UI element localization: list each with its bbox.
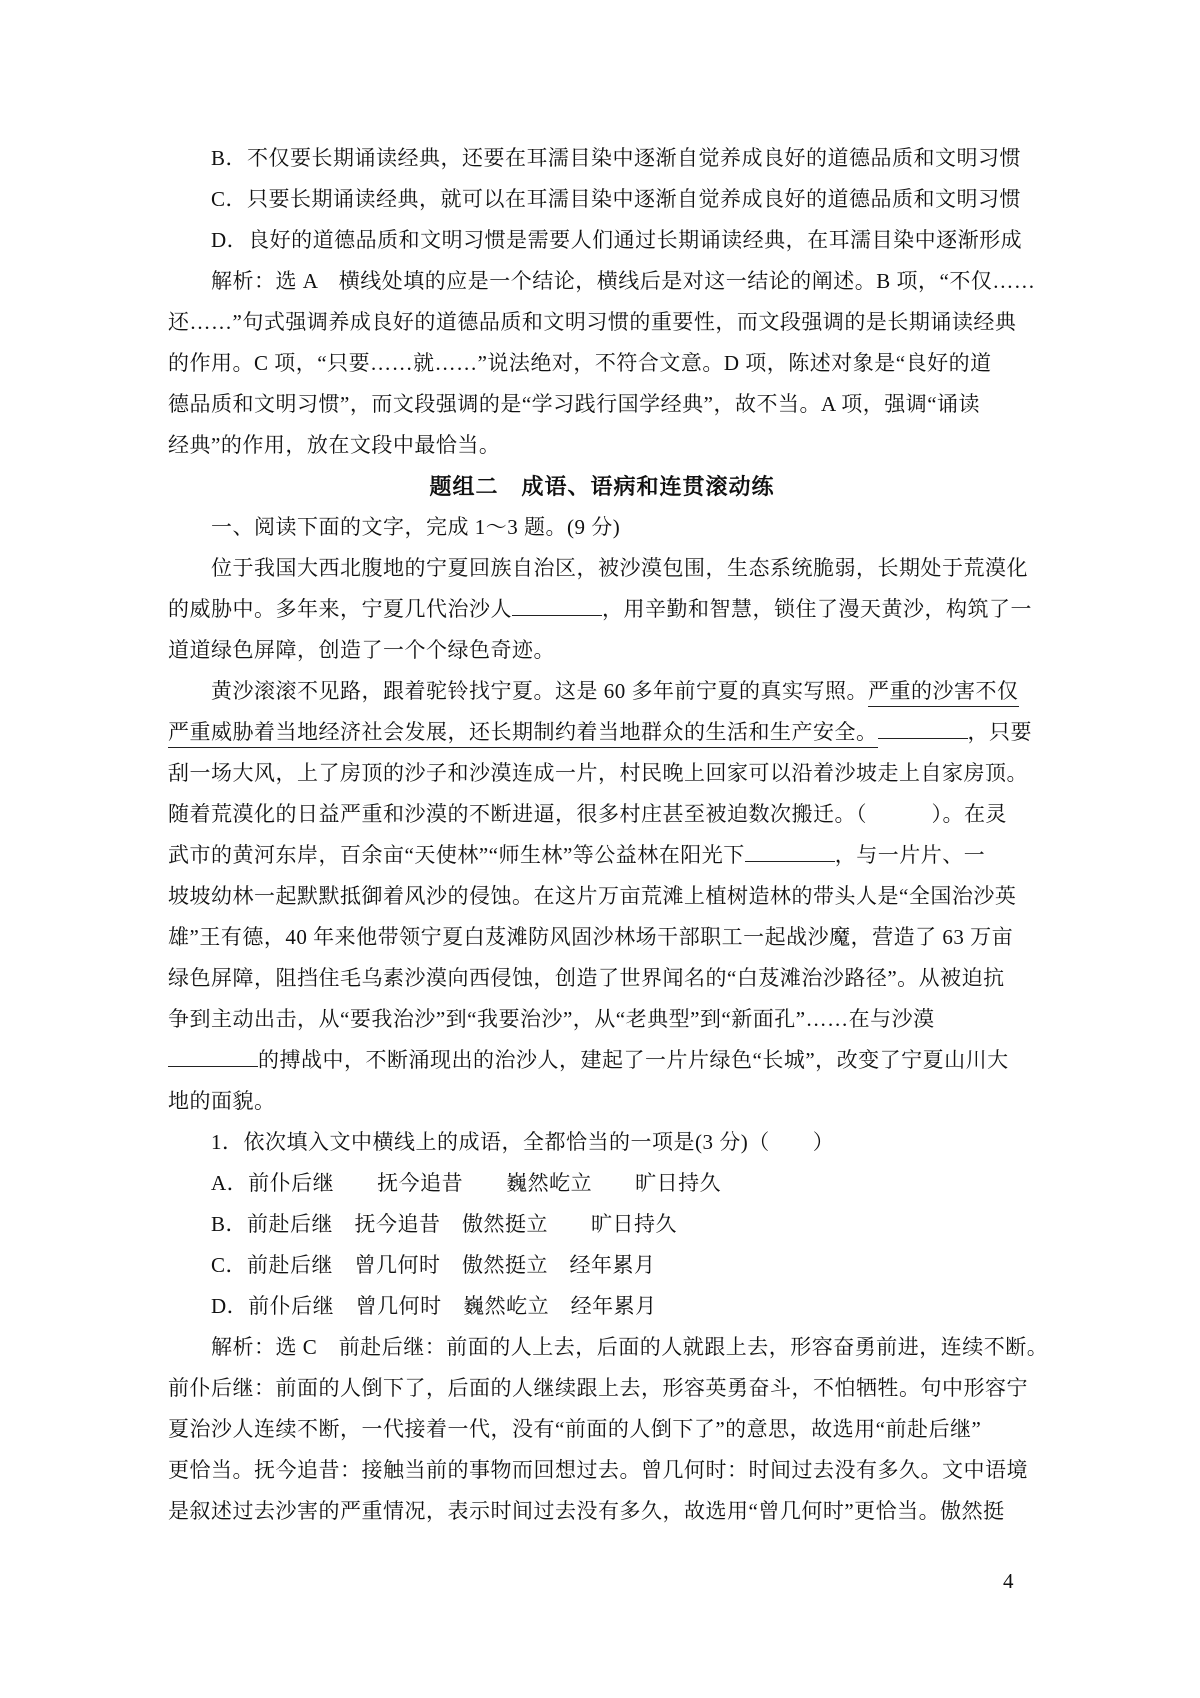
text-line: 的威胁中。多年来，宁夏几代治沙人，用辛勤和智慧，锁住了漫天黄沙，构筑了一: [168, 589, 1036, 630]
text-line: 是叙述过去沙害的严重情况，表示时间过去没有多久，故选用“曾几何时”更恰当。傲然挺: [168, 1491, 1036, 1532]
text-line: 德品质和文明习惯”，而文段强调的是“学习践行国学经典”，故不当。A 项，强调“诵…: [168, 384, 1036, 425]
text-line: D．前仆后继 曾几何时 巍然屹立 经年累月: [168, 1286, 1036, 1327]
text-line: 随着荒漠化的日益严重和沙漠的不断进逼，很多村庄甚至被迫数次搬迁。（ ）。在灵: [168, 794, 1036, 835]
answer-blank: [878, 716, 968, 739]
text-line: C．只要长期诵读经典，就可以在耳濡目染中逐渐自觉养成良好的道德品质和文明习惯: [168, 179, 1036, 220]
text-segment: 地的面貌。: [168, 1089, 276, 1113]
text-line: 更恰当。抚今追昔：接触当前的事物而回想过去。曾几何时：时间过去没有多久。文中语境: [168, 1450, 1036, 1491]
text-line: 的搏战中，不断涌现出的治沙人，建起了一片片绿色“长城”，改变了宁夏山川大: [168, 1040, 1036, 1081]
text-line: 刮一场大风，上了房顶的沙子和沙漠连成一片，村民晚上回家可以沿着沙坡走上自家房顶。: [168, 753, 1036, 794]
underlined-text: 严重的沙害不仅: [868, 679, 1019, 707]
text-segment: 道道绿色屏障，创造了一个个绿色奇迹。: [168, 638, 555, 662]
text-segment: 黄沙滚滚不见路，跟着驼铃找宁夏。这是 60 多年前宁夏的真实写照。: [211, 679, 868, 703]
text-segment: 的作用。C 项，“只要……就……”说法绝对，不符合文意。D 项，陈述对象是“良好…: [168, 351, 992, 375]
text-line: 地的面貌。: [168, 1081, 1036, 1122]
text-line: 前仆后继：前面的人倒下了，后面的人继续跟上去，形容英勇奋斗，不怕牺牲。句中形容宁: [168, 1368, 1036, 1409]
text-segment: B．前赴后继 抚今追昔 傲然挺立 旷日持久: [211, 1212, 677, 1236]
answer-blank: [512, 593, 602, 616]
text-segment: ，与一片片、一: [835, 843, 986, 867]
text-segment: 争到主动出击，从“要我治沙”到“我要治沙”，从“老典型”到“新面孔”……在与沙漠: [168, 1007, 935, 1031]
text-segment: 的威胁中。多年来，宁夏几代治沙人: [168, 597, 512, 621]
text-segment: C．只要长期诵读经典，就可以在耳濡目染中逐渐自觉养成良好的道德品质和文明习惯: [211, 187, 1021, 211]
text-segment: 雄”王有德，40 年来他带领宁夏白芨滩防风固沙林场干部职工一起战沙魔，营造了 6…: [168, 925, 1013, 949]
underlined-text: 严重威胁着当地经济社会发展，还长期制约着当地群众的生活和生产安全。: [168, 720, 878, 748]
text-segment: 刮一场大风，上了房顶的沙子和沙漠连成一片，村民晚上回家可以沿着沙坡走上自家房顶。: [168, 761, 1028, 785]
text-line: 一、阅读下面的文字，完成 1～3 题。(9 分): [168, 507, 1036, 548]
text-segment: 前仆后继：前面的人倒下了，后面的人继续跟上去，形容英勇奋斗，不怕牺牲。句中形容宁: [168, 1376, 1028, 1400]
text-line: 解析：选 A 横线处填的应是一个结论，横线后是对这一结论的阐述。B 项，“不仅……: [168, 261, 1036, 302]
text-line: 争到主动出击，从“要我治沙”到“我要治沙”，从“老典型”到“新面孔”……在与沙漠: [168, 999, 1036, 1040]
text-line: 解析：选 C 前赴后继：前面的人上去，后面的人就跟上去，形容奋勇前进，连续不断。: [168, 1327, 1036, 1368]
text-line: 1．依次填入文中横线上的成语，全都恰当的一项是(3 分)（ ）: [168, 1122, 1036, 1163]
text-segment: C．前赴后继 曾几何时 傲然挺立 经年累月: [211, 1253, 656, 1277]
text-segment: 位于我国大西北腹地的宁夏回族自治区，被沙漠包围，生态系统脆弱，长期处于荒漠化: [211, 556, 1028, 580]
text-line: 坡坡幼林一起默默抵御着风沙的侵蚀。在这片万亩荒滩上植树造林的带头人是“全国治沙英: [168, 876, 1036, 917]
text-segment: 的搏战中，不断涌现出的治沙人，建起了一片片绿色“长城”，改变了宁夏山川大: [258, 1048, 1009, 1072]
text-segment: 德品质和文明习惯”，而文段强调的是“学习践行国学经典”，故不当。A 项，强调“诵…: [168, 392, 980, 416]
text-segment: 一、阅读下面的文字，完成 1～3 题。(9 分): [211, 515, 620, 539]
text-segment: 更恰当。抚今追昔：接触当前的事物而回想过去。曾几何时：时间过去没有多久。文中语境: [168, 1458, 1028, 1482]
text-segment: 解析：选 A 横线处填的应是一个结论，横线后是对这一结论的阐述。B 项，“不仅……: [211, 269, 1035, 293]
text-line: 严重威胁着当地经济社会发展，还长期制约着当地群众的生活和生产安全。，只要: [168, 712, 1036, 753]
text-segment: 武市的黄河东岸，百余亩“天使林”“师生林”等公益林在阳光下: [168, 843, 745, 867]
text-segment: ，只要: [968, 720, 1033, 744]
text-segment: D．良好的道德品质和文明习惯是需要人们通过长期诵读经典，在耳濡目染中逐渐形成: [211, 228, 1022, 252]
text-line: B．前赴后继 抚今追昔 傲然挺立 旷日持久: [168, 1204, 1036, 1245]
text-segment: 坡坡幼林一起默默抵御着风沙的侵蚀。在这片万亩荒滩上植树造林的带头人是“全国治沙英: [168, 884, 1016, 908]
text-line: 道道绿色屏障，创造了一个个绿色奇迹。: [168, 630, 1036, 671]
text-segment: B．不仅要长期诵读经典，还要在耳濡目染中逐渐自觉养成良好的道德品质和文明习惯: [211, 146, 1021, 170]
answer-blank: [745, 839, 835, 862]
text-segment: 解析：选 C 前赴后继：前面的人上去，后面的人就跟上去，形容奋勇前进，连续不断。: [211, 1335, 1048, 1359]
text-segment: 1．依次填入文中横线上的成语，全都恰当的一项是(3 分)（ ）: [211, 1130, 834, 1154]
text-segment: 绿色屏障，阻挡住毛乌素沙漠向西侵蚀，创造了世界闻名的“白芨滩治沙路径”。从被迫抗: [168, 966, 1005, 990]
text-segment: D．前仆后继 曾几何时 巍然屹立 经年累月: [211, 1294, 657, 1318]
text-segment: ，用辛勤和智慧，锁住了漫天黄沙，构筑了一: [602, 597, 1032, 621]
text-segment: 夏治沙人连续不断，一代接着一代，没有“前面的人倒下了”的意思，故选用“前赴后继”: [168, 1417, 981, 1441]
text-segment: 题组二 成语、语病和连贯滚动练: [429, 474, 774, 499]
text-line: C．前赴后继 曾几何时 傲然挺立 经年累月: [168, 1245, 1036, 1286]
text-segment: A．前仆后继 抚今追昔 巍然屹立 旷日持久: [211, 1171, 721, 1195]
text-line: A．前仆后继 抚今追昔 巍然屹立 旷日持久: [168, 1163, 1036, 1204]
text-line: 夏治沙人连续不断，一代接着一代，没有“前面的人倒下了”的意思，故选用“前赴后继”: [168, 1409, 1036, 1450]
text-line: B．不仅要长期诵读经典，还要在耳濡目染中逐渐自觉养成良好的道德品质和文明习惯: [168, 138, 1036, 179]
text-line: 经典”的作用，放在文段中最恰当。: [168, 425, 1036, 466]
document-body: B．不仅要长期诵读经典，还要在耳濡目染中逐渐自觉养成良好的道德品质和文明习惯C．…: [168, 138, 1036, 1532]
text-line: D．良好的道德品质和文明习惯是需要人们通过长期诵读经典，在耳濡目染中逐渐形成: [168, 220, 1036, 261]
text-line: 位于我国大西北腹地的宁夏回族自治区，被沙漠包围，生态系统脆弱，长期处于荒漠化: [168, 548, 1036, 589]
text-line: 还……”句式强调养成良好的道德品质和文明习惯的重要性，而文段强调的是长期诵读经典: [168, 302, 1036, 343]
text-segment: 还……”句式强调养成良好的道德品质和文明习惯的重要性，而文段强调的是长期诵读经典: [168, 310, 1016, 334]
text-line: 绿色屏障，阻挡住毛乌素沙漠向西侵蚀，创造了世界闻名的“白芨滩治沙路径”。从被迫抗: [168, 958, 1036, 999]
answer-blank: [168, 1044, 258, 1067]
text-line: 黄沙滚滚不见路，跟着驼铃找宁夏。这是 60 多年前宁夏的真实写照。严重的沙害不仅: [168, 671, 1036, 712]
text-segment: 是叙述过去沙害的严重情况，表示时间过去没有多久，故选用“曾几何时”更恰当。傲然挺: [168, 1499, 1005, 1523]
page-number: 4: [1003, 1566, 1014, 1596]
section-heading: 题组二 成语、语病和连贯滚动练: [168, 466, 1036, 507]
text-line: 的作用。C 项，“只要……就……”说法绝对，不符合文意。D 项，陈述对象是“良好…: [168, 343, 1036, 384]
text-segment: 经典”的作用，放在文段中最恰当。: [168, 433, 500, 457]
text-line: 雄”王有德，40 年来他带领宁夏白芨滩防风固沙林场干部职工一起战沙魔，营造了 6…: [168, 917, 1036, 958]
text-segment: 随着荒漠化的日益严重和沙漠的不断进逼，很多村庄甚至被迫数次搬迁。（ ）。在灵: [168, 802, 1007, 826]
text-line: 武市的黄河东岸，百余亩“天使林”“师生林”等公益林在阳光下，与一片片、一: [168, 835, 1036, 876]
